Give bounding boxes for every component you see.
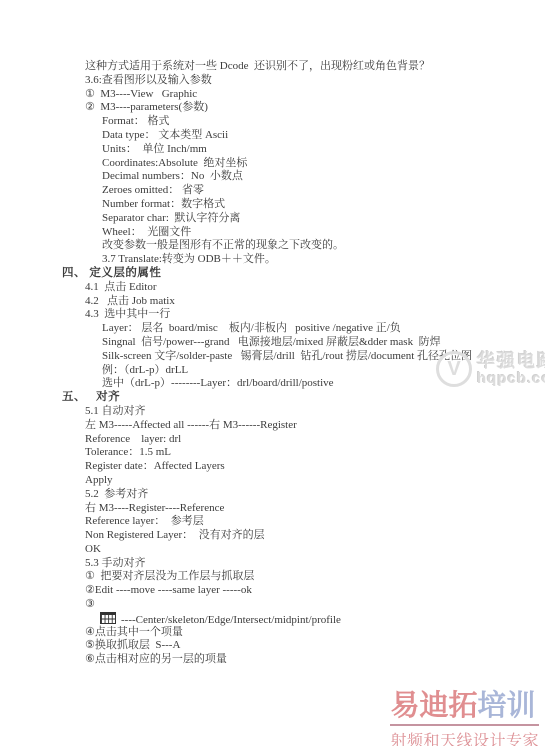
doc-line: ② M3----parameters(参数) — [0, 101, 545, 115]
doc-line: ③ — [0, 598, 545, 612]
doc-line: 4.2 点击 Job matix — [0, 295, 545, 309]
doc-line: Data type： 文本类型 Ascii — [0, 129, 545, 143]
doc-line: 3.6:查看图形以及输入参数 — [0, 74, 545, 88]
doc-line: ① 把要对齐层没为工作层与抓取层 — [0, 570, 545, 584]
edatop-brand: 易迪拓培训 — [390, 689, 539, 726]
doc-line: 五、 对齐 — [0, 391, 545, 405]
doc-line: Zeroes omitted： 省零 — [0, 184, 545, 198]
doc-line: ----Center/skeleton/Edge/Intersect/midpi… — [0, 612, 545, 626]
doc-line: Decimal numbers：No 小数点 — [0, 170, 545, 184]
edatop-brand-pink: 易迪拓 — [390, 690, 477, 722]
doc-line: 四、 定义层的属性 — [0, 267, 545, 281]
doc-line: Register date：Affected Layers — [0, 460, 545, 474]
doc-line: ②Edit ----move ----same layer -----ok — [0, 584, 545, 598]
doc-line: Reference layer： 参考层 — [0, 515, 545, 529]
doc-line: OK — [0, 543, 545, 557]
doc-line: 4.1 点击 Editor — [0, 281, 545, 295]
hqpcb-watermark: V 华强电路 hqpcb.com — [436, 351, 545, 387]
doc-line: ⑤换取抓取层 S---A — [0, 639, 545, 653]
grid-snap-icon — [100, 612, 116, 624]
edatop-brand-blue: 培训 — [478, 690, 536, 722]
doc-line: Tolerance：1.5 mL — [0, 446, 545, 460]
edatop-watermark: 易迪拓培训 射频和天线设计专家 — [390, 689, 539, 746]
doc-line: 3.7 Translate:转变为 ODB＋＋文件。 — [0, 253, 545, 267]
doc-line: Separator char: 默认字符分离 — [0, 212, 545, 226]
doc-line: Number format：数字格式 — [0, 198, 545, 212]
doc-line: Reforence layer: drl — [0, 433, 545, 447]
doc-line: 5.3 手动对齐 — [0, 557, 545, 571]
doc-line: Coordinates:Absolute 绝对坐标 — [0, 157, 545, 171]
doc-line: Wheel： 光圈文件 — [0, 226, 545, 240]
doc-line: ⑥点击相对应的另一层的项量 — [0, 653, 545, 667]
hqpcb-watermark-text: 华强电路 hqpcb.com — [477, 352, 545, 387]
doc-line: Format： 格式 — [0, 115, 545, 129]
doc-line: 5.2 参考对齐 — [0, 488, 545, 502]
edatop-tagline: 射频和天线设计专家 — [390, 728, 539, 746]
doc-line: 这种方式适用于系统对一些 Dcode 还识别不了，出现粉红或角色背景？ — [0, 60, 545, 74]
doc-line: Layer： 层名 board/misc 板内/非板内 positive /ne… — [0, 322, 545, 336]
doc-line: 右 M3----Register----Reference — [0, 502, 545, 516]
doc-line: Non Registered Layer： 没有对齐的层 — [0, 529, 545, 543]
doc-line: ① M3----View Graphic — [0, 88, 545, 102]
hqpcb-domain: hqpcb.com — [477, 371, 545, 387]
doc-line: Units： 单位 Inch/mm — [0, 143, 545, 157]
hqpcb-name: 华强电路 — [477, 352, 545, 371]
doc-line: ④点击其中一个项量 — [0, 626, 545, 640]
doc-line: 4.3 选中其中一行 — [0, 308, 545, 322]
doc-line: 改变参数一般是图形有不正常的现象之下改变的。 — [0, 239, 545, 253]
document-page: 这种方式适用于系统对一些 Dcode 还识别不了，出现粉红或角色背景？3.6:查… — [0, 0, 545, 746]
doc-line: Apply — [0, 474, 545, 488]
doc-line: 5.1 自动对齐 — [0, 405, 545, 419]
doc-line: 左 M3-----Affected all ------右 M3------Re… — [0, 419, 545, 433]
hqpcb-logo-icon: V — [436, 351, 472, 387]
doc-line: Singnal 信号/power---grand 电源接地层/mixed 屏蔽层… — [0, 336, 545, 350]
